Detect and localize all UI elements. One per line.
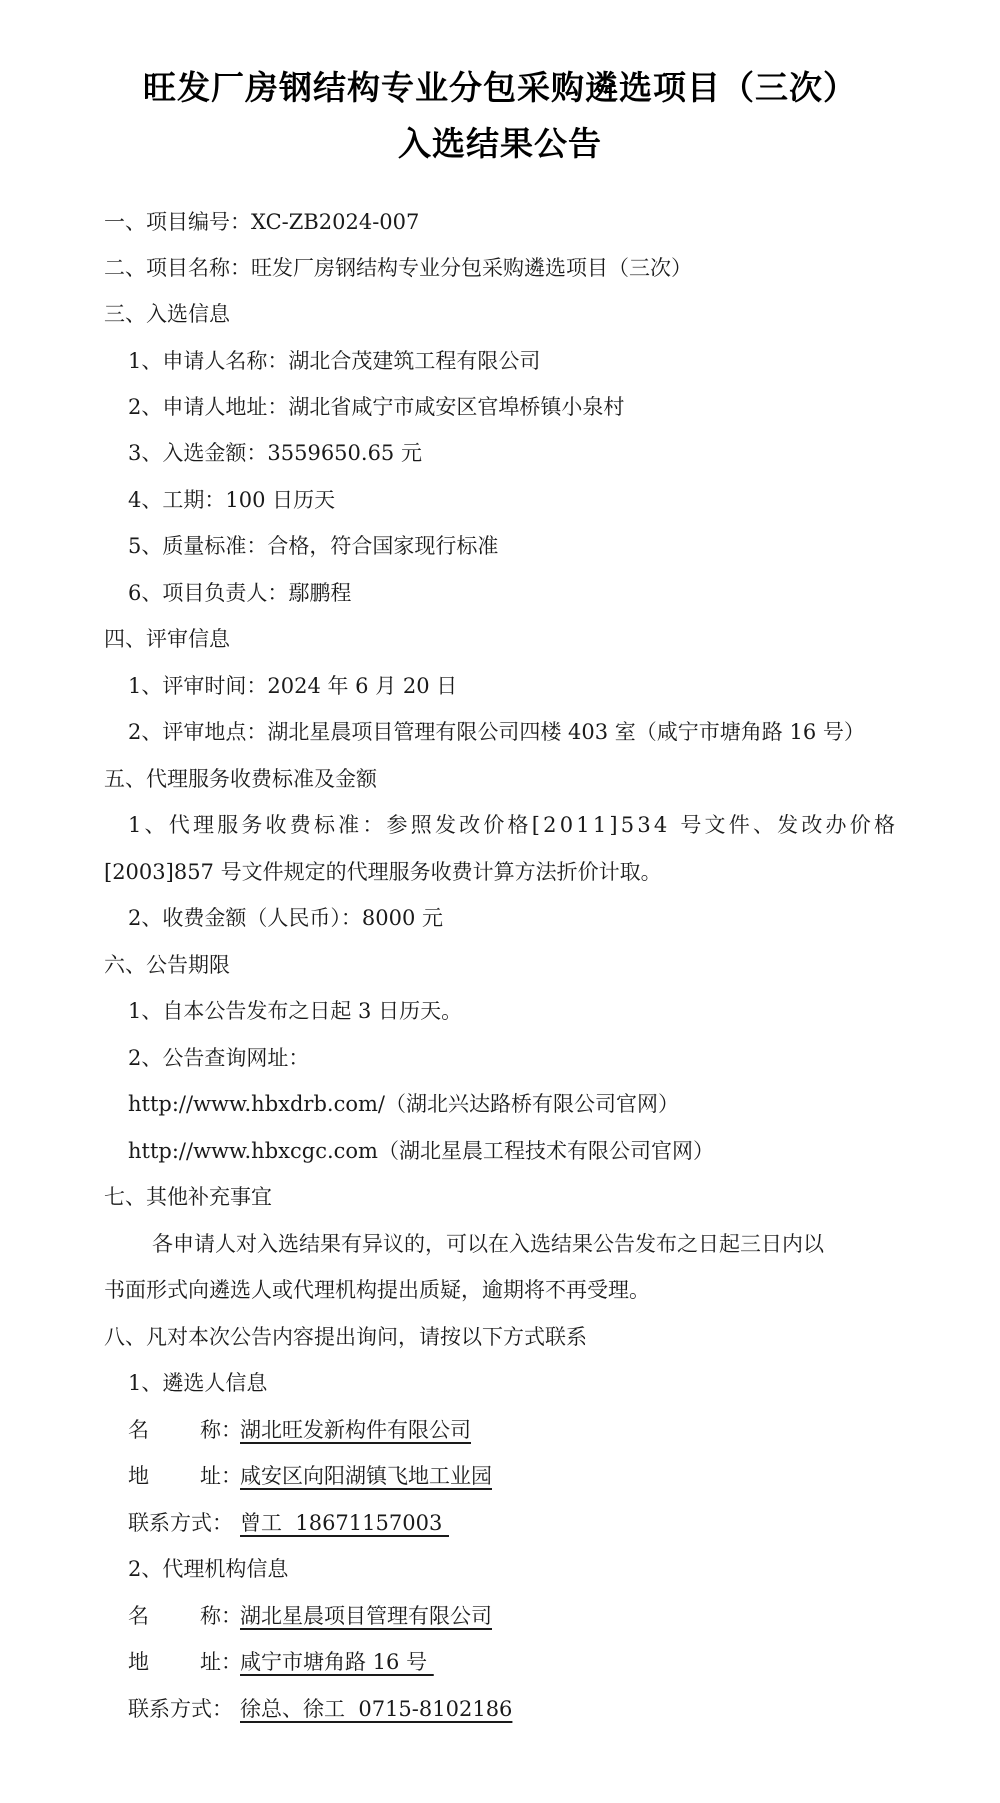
notice-url-link[interactable]: http://www.hbxcgc.com [128,1139,378,1163]
other-matters-line2: 书面形式向遴选人或代理机构提出质疑，逾期将不再受理。 [104,1276,650,1304]
field-value: 3559650.65 元 [267,441,422,465]
selection-amount: 3、入选金额：3559650.65 元 [128,439,422,467]
project-number-value: XC-ZB2024-007 [251,210,419,234]
field-value: 湖北合茂建筑工程有限公司 [288,349,540,373]
document-title-line2: 入选结果公告 [0,118,1000,165]
field-label: 5、质量标准： [128,534,267,558]
section-notice-period-heading: 六、公告期限 [104,951,230,979]
selector-contact-value: 曾工 18671157003 [240,1511,449,1535]
section-contact-heading: 八、凡对本次公告内容提出询问，请按以下方式联系 [104,1323,587,1351]
field-value: 湖北省咸宁市咸安区官埠桥镇小泉村 [288,395,624,419]
field-label: 联系方式： [128,1509,240,1537]
agency-info-heading: 2、代理机构信息 [128,1555,288,1583]
applicant-name: 1、申请人名称：湖北合茂建筑工程有限公司 [128,347,540,375]
agency-contact-value: 徐总、徐工 0715-8102186 [240,1697,512,1721]
section-other-matters-heading: 七、其他补充事宜 [104,1183,272,1211]
project-number: 一、项目编号：XC-ZB2024-007 [104,208,419,236]
selector-address-value: 咸安区向阳湖镇飞地工业园 [240,1464,492,1488]
field-value: 2024 年 6 月 20 日 [267,674,457,698]
review-time: 1、评审时间：2024 年 6 月 20 日 [128,672,457,700]
agency-fee-standard-line2: [2003]857 号文件规定的代理服务收费计算方法折价计取。 [104,858,662,886]
field-label: 2、评审地点： [128,720,267,744]
field-label: 联系方式： [128,1695,240,1723]
field-label: 名称： [128,1602,240,1630]
applicant-address: 2、申请人地址：湖北省咸宁市咸安区官埠桥镇小泉村 [128,393,624,421]
construction-period: 4、工期：100 日历天 [128,486,335,514]
agency-address-value: 咸宁市塘角路 16 号 [240,1650,434,1674]
notice-url-link[interactable]: http://www.hbxdrb.com/ [128,1092,385,1116]
field-label: 3、入选金额： [128,441,267,465]
field-label: 地址： [128,1462,240,1490]
selector-contact-row: 联系方式：曾工 18671157003 [128,1509,449,1537]
other-matters-line1: 各申请人对入选结果有异议的，可以在入选结果公告发布之日起三日内以 [152,1230,824,1258]
document-title-line1: 旺发厂房钢结构专业分包采购遴选项目（三次） [0,62,1000,109]
field-value: 100 日历天 [225,488,335,512]
notice-url-row: http://www.hbxcgc.com（湖北星晨工程技术有限公司官网） [128,1137,714,1165]
section-selection-info-heading: 三、入选信息 [104,300,230,328]
field-value: 湖北星晨项目管理有限公司四楼 403 室（咸宁市塘角路 16 号） [267,720,865,744]
notice-url-note: （湖北兴达路桥有限公司官网） [385,1092,679,1116]
agency-contact-row: 联系方式：徐总、徐工 0715-8102186 [128,1695,512,1723]
field-value: 鄢鹏程 [288,581,351,605]
agency-name-value: 湖北星晨项目管理有限公司 [240,1604,492,1628]
agency-fee-standard-line1: 1、代理服务收费标准：参照发改价格[2011]534 号文件、发改办价格 [128,811,898,839]
field-value: 合格，符合国家现行标准 [267,534,498,558]
notice-query-urls-label: 2、公告查询网址： [128,1044,309,1072]
project-name-label: 二、项目名称： [104,256,251,280]
field-label: 6、项目负责人： [128,581,288,605]
selector-address-row: 地址：咸安区向阳湖镇飞地工业园 [128,1462,492,1490]
notice-url-row: http://www.hbxdrb.com/（湖北兴达路桥有限公司官网） [128,1090,679,1118]
field-label: 1、评审时间： [128,674,267,698]
selector-name-value: 湖北旺发新构件有限公司 [240,1418,471,1442]
notice-period: 1、自本公告发布之日起 3 日历天。 [128,997,462,1025]
agency-name-row: 名称：湖北星晨项目管理有限公司 [128,1602,492,1630]
quality-standard: 5、质量标准：合格，符合国家现行标准 [128,532,498,560]
selector-info-heading: 1、遴选人信息 [128,1369,267,1397]
project-name-value: 旺发厂房钢结构专业分包采购遴选项目（三次） [251,256,692,280]
selector-name-row: 名称：湖北旺发新构件有限公司 [128,1416,471,1444]
agency-address-row: 地址：咸宁市塘角路 16 号 [128,1648,434,1676]
field-label: 2、申请人地址： [128,395,288,419]
project-number-label: 一、项目编号： [104,210,251,234]
agency-fee-amount: 2、收费金额（人民币）：8000 元 [128,904,443,932]
field-label: 4、工期： [128,488,225,512]
project-name: 二、项目名称：旺发厂房钢结构专业分包采购遴选项目（三次） [104,254,692,282]
field-label: 地址： [128,1648,240,1676]
section-review-info-heading: 四、评审信息 [104,625,230,653]
project-leader: 6、项目负责人：鄢鹏程 [128,579,351,607]
field-label: 1、申请人名称： [128,349,288,373]
notice-url-note: （湖北星晨工程技术有限公司官网） [378,1139,714,1163]
field-label: 名称： [128,1416,240,1444]
review-location: 2、评审地点：湖北星晨项目管理有限公司四楼 403 室（咸宁市塘角路 16 号） [128,718,865,746]
section-agency-fee-heading: 五、代理服务收费标准及金额 [104,765,377,793]
